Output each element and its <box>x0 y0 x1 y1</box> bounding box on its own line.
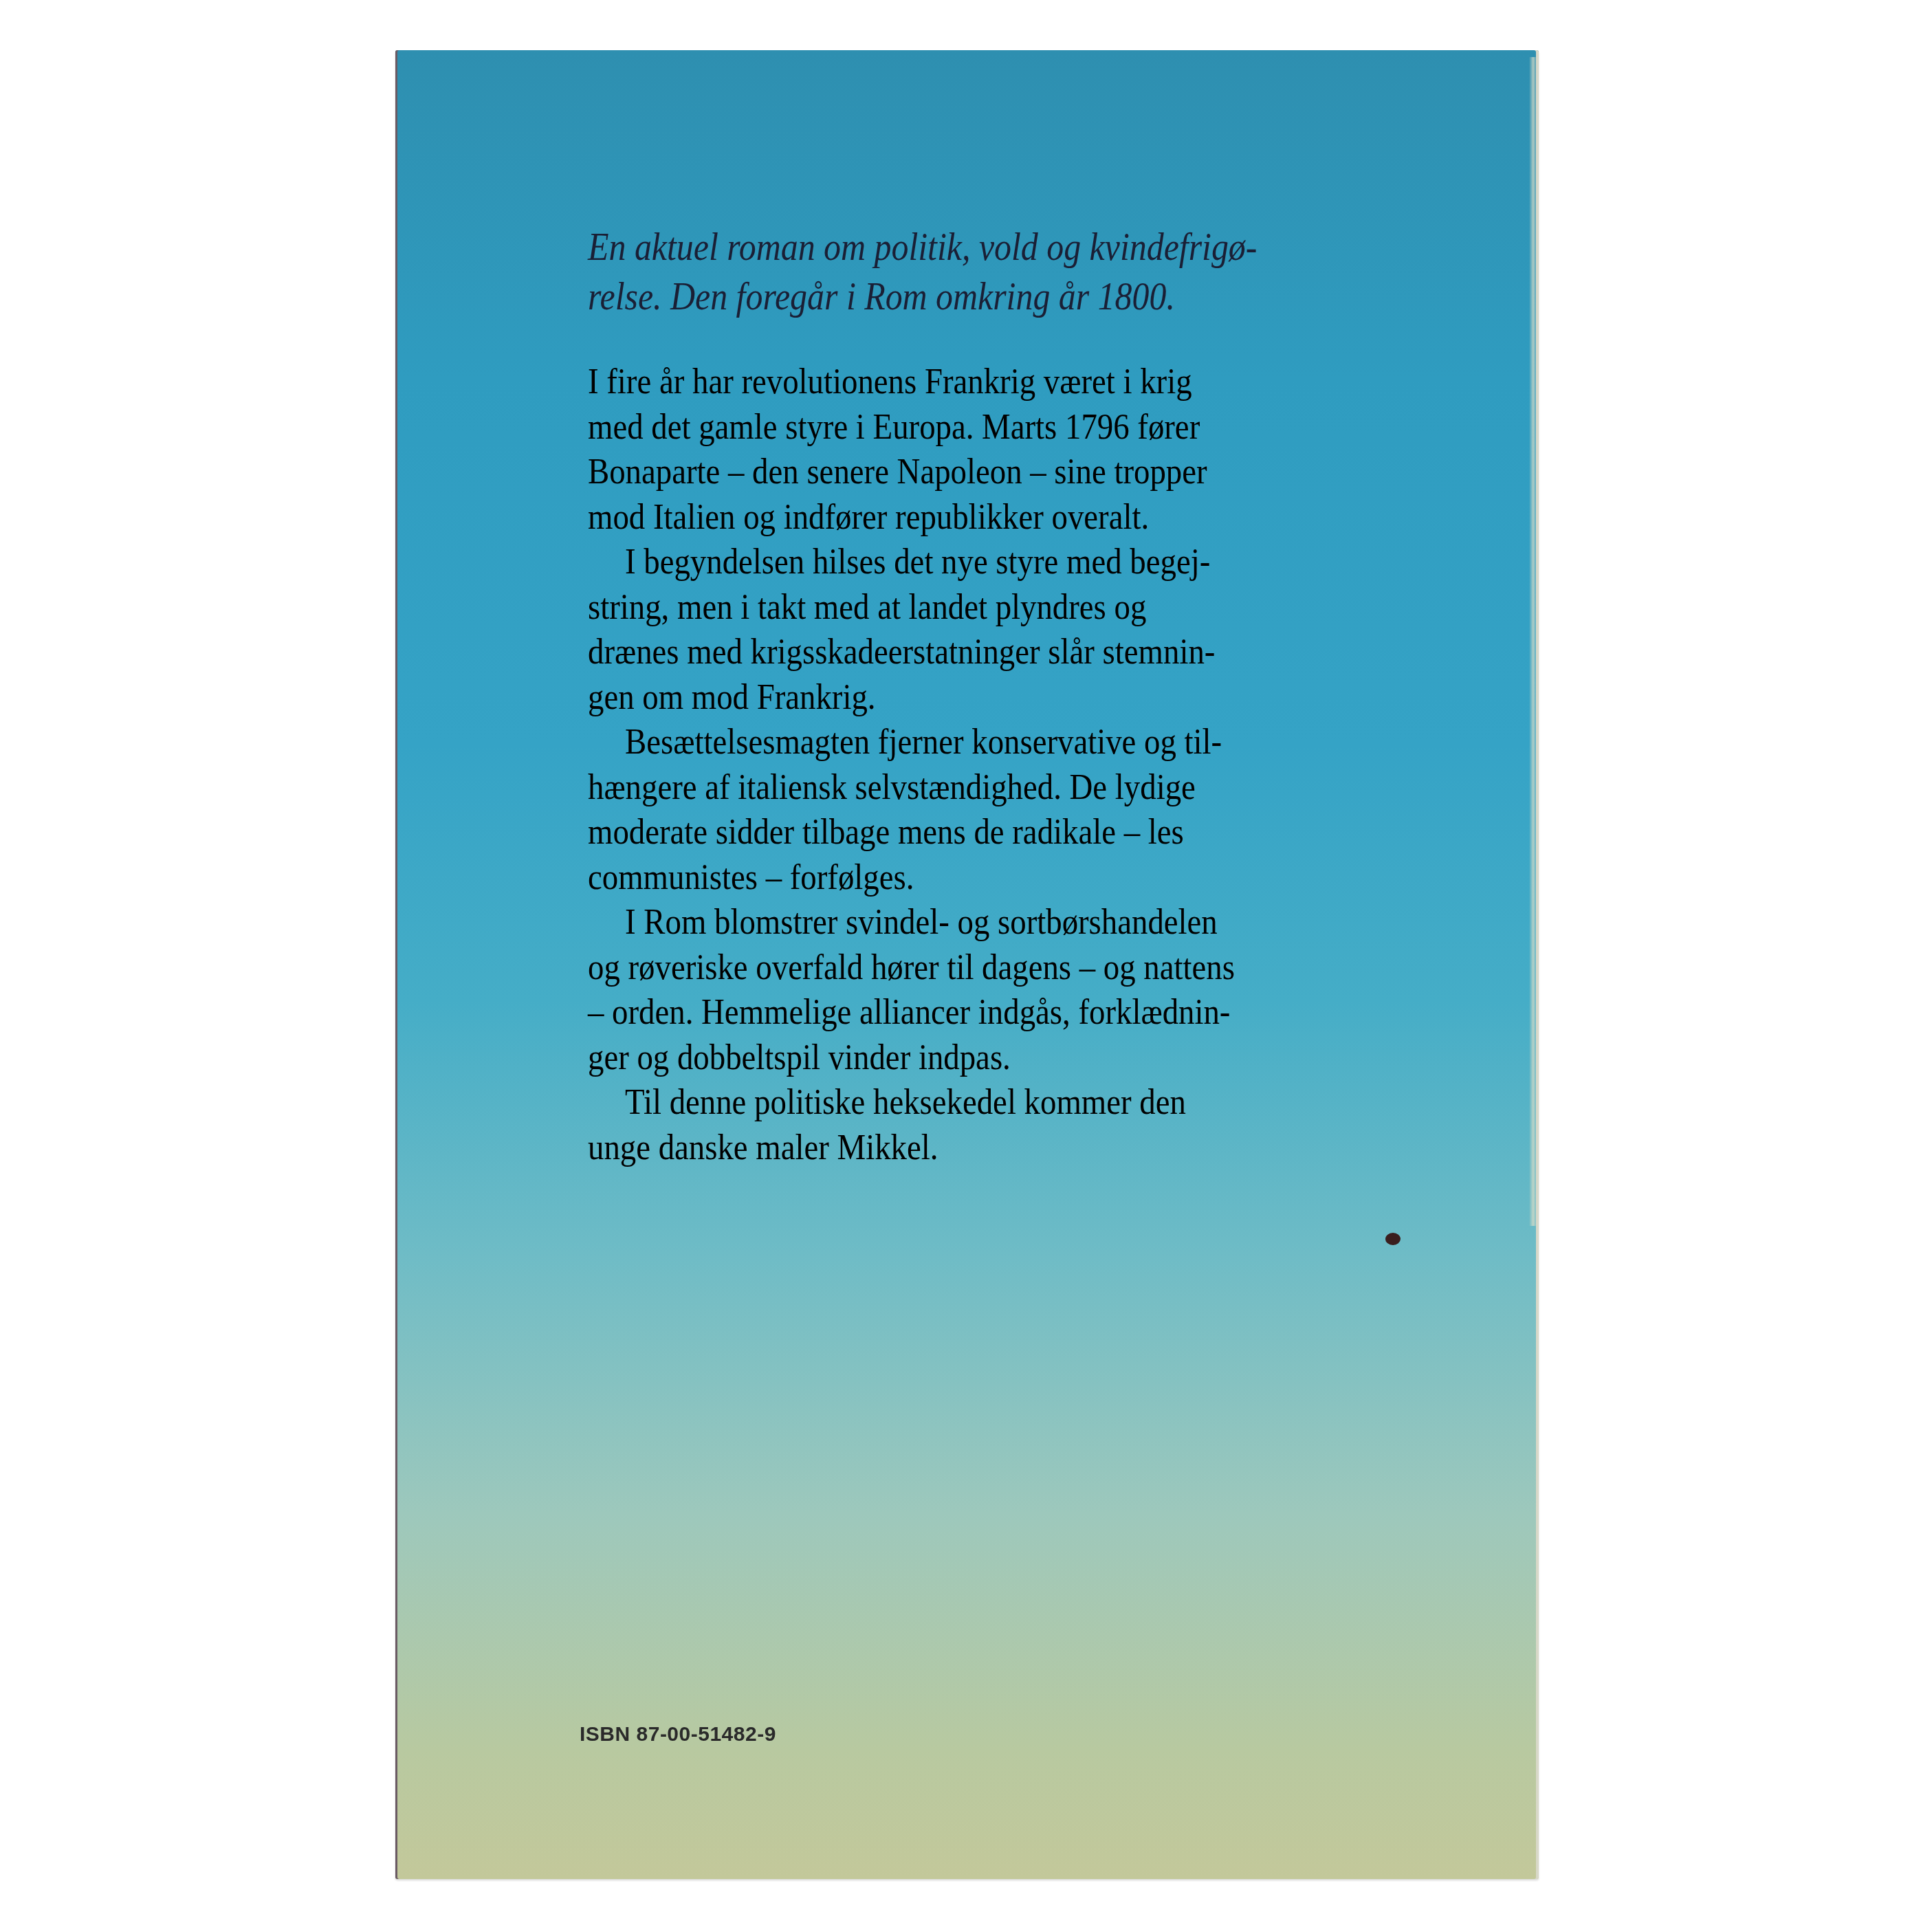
body-line: med det gamle styre i Europa. Marts 1796… <box>588 405 1235 450</box>
body-line: – orden. Hemmelige alliancer indgås, for… <box>588 990 1235 1035</box>
body-line: mod Italien og indfører republikker over… <box>588 495 1235 540</box>
body-line: unge danske maler Mikkel. <box>588 1126 1235 1171</box>
body-line: Besættelsesmagten fjerner konservative o… <box>588 720 1235 765</box>
body-line: drænes med krigsskadeerstatninger slår s… <box>588 630 1235 675</box>
body-line: og røveriske overfald hører til dagens –… <box>588 945 1235 991</box>
isbn-label: ISBN 87-00-51482-9 <box>580 1723 776 1746</box>
body-line: I Rom blomstrer svindel- og sortbørshand… <box>588 900 1235 945</box>
body-line: I begyndelsen hilses det nye styre med b… <box>588 540 1235 585</box>
intro-blurb: En aktuel roman om politik, vold og kvin… <box>588 222 1257 321</box>
body-line: ger og dobbeltspil vinder indpas. <box>588 1035 1235 1081</box>
body-line: Til denne politiske heksekedel kommer de… <box>588 1080 1235 1126</box>
intro-line: En aktuel roman om politik, vold og kvin… <box>588 222 1257 272</box>
worn-edge <box>1529 57 1536 1226</box>
body-line: I fire år har revolutionens Frankrig vær… <box>588 360 1235 405</box>
body-line: gen om mod Frankrig. <box>588 675 1235 721</box>
body-line: hængere af italiensk selvstændighed. De … <box>588 765 1235 811</box>
book-back-cover: En aktuel roman om politik, vold og kvin… <box>395 50 1539 1879</box>
body-line: string, men i takt med at landet plyndre… <box>588 585 1235 630</box>
body-line: moderate sidder tilbage mens de radikale… <box>588 810 1235 855</box>
stain-spot <box>1385 1233 1401 1245</box>
body-text: I fire år har revolutionens Frankrig vær… <box>588 360 1235 1170</box>
body-line: Bonaparte – den senere Napoleon – sine t… <box>588 450 1235 495</box>
body-line: communistes – forfølges. <box>588 855 1235 901</box>
intro-line: relse. Den foregår i Rom omkring år 1800… <box>588 272 1257 321</box>
